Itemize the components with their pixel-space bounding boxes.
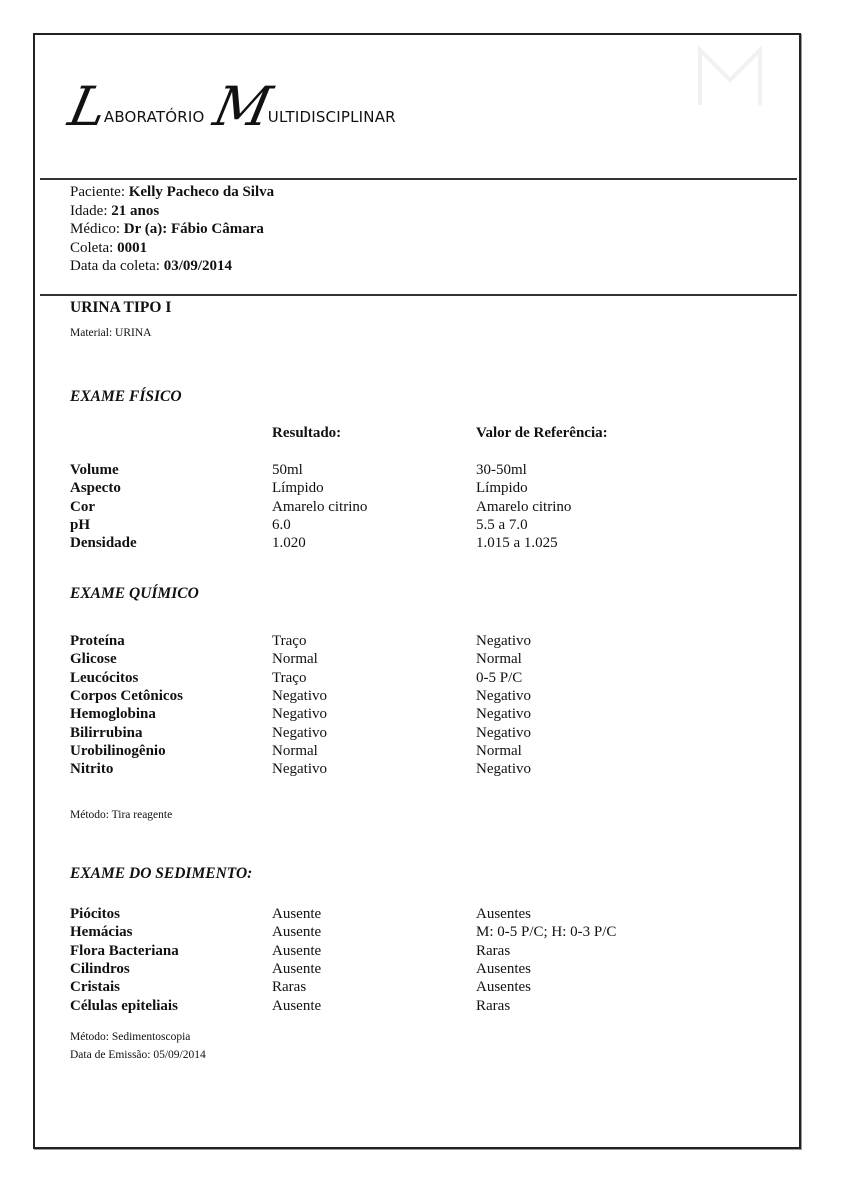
table-row: AspectoLímpidoLímpido <box>70 479 770 497</box>
test-name: Leucócitos <box>70 669 138 687</box>
test-result: Negativo <box>272 724 327 742</box>
reference-value: 0-5 P/C <box>476 669 522 687</box>
test-result: Negativo <box>272 705 327 723</box>
reference-value: M: 0-5 P/C; H: 0-3 P/C <box>476 923 616 941</box>
test-result: Normal <box>272 650 318 668</box>
test-name: Cristais <box>70 978 120 996</box>
test-result: Límpido <box>272 479 324 497</box>
logo-word-multidisciplinar: ULTIDISCIPLINAR <box>268 108 396 126</box>
test-result: Ausente <box>272 942 321 960</box>
test-name: Aspecto <box>70 479 121 497</box>
table-row: LeucócitosTraço0-5 P/C <box>70 669 770 687</box>
patient-age-line: Idade: 21 anos <box>70 202 274 221</box>
doctor-name: Dr (a): Fábio Câmara <box>124 221 264 237</box>
table-row: UrobilinogênioNormalNormal <box>70 742 770 760</box>
table-row: PiócitosAusenteAusentes <box>70 905 770 923</box>
test-result: Amarelo citrino <box>272 498 367 516</box>
reference-value: 1.015 a 1.025 <box>476 534 558 552</box>
table-row: CorAmarelo citrinoAmarelo citrino <box>70 498 770 516</box>
test-name: Células epiteliais <box>70 997 178 1015</box>
logo-word-laboratorio: ABORATÓRIO <box>104 108 205 126</box>
reference-value: Amarelo citrino <box>476 498 571 516</box>
test-name: Densidade <box>70 534 137 552</box>
reference-value: Negativo <box>476 760 531 778</box>
test-result: Raras <box>272 978 306 996</box>
table-row: BilirrubinaNegativoNegativo <box>70 724 770 742</box>
exam-material: Material: URINA <box>70 327 151 339</box>
test-result: Negativo <box>272 687 327 705</box>
test-name: pH <box>70 516 90 534</box>
table-row: Volume50ml30-50ml <box>70 461 770 479</box>
test-name: Bilirrubina <box>70 724 143 742</box>
patient-name-line: Paciente: Kelly Pacheco da Silva <box>70 183 274 202</box>
logo-initial-l: L <box>64 80 109 134</box>
collection-date: 03/09/2014 <box>164 258 232 274</box>
test-name: Glicose <box>70 650 117 668</box>
table-row: HemoglobinaNegativoNegativo <box>70 705 770 723</box>
test-result: 1.020 <box>272 534 306 552</box>
test-name: Piócitos <box>70 905 120 923</box>
test-name: Volume <box>70 461 119 479</box>
reference-value: Raras <box>476 997 510 1015</box>
section-title-sediment: EXAME DO SEDIMENTO: <box>70 865 252 883</box>
column-header-result: Resultado: <box>272 425 341 442</box>
reference-value: Ausentes <box>476 978 531 996</box>
test-name: Proteína <box>70 632 125 650</box>
test-name: Cilindros <box>70 960 130 978</box>
reference-value: Raras <box>476 942 510 960</box>
test-result: 6.0 <box>272 516 291 534</box>
exam-title: URINA TIPO I <box>70 299 171 317</box>
reference-value: Negativo <box>476 632 531 650</box>
test-name: Hemácias <box>70 923 132 941</box>
test-result: Normal <box>272 742 318 760</box>
test-result: Traço <box>272 632 306 650</box>
reference-value: Límpido <box>476 479 528 497</box>
patient-age: 21 anos <box>111 203 159 219</box>
table-row: pH6.05.5 a 7.0 <box>70 516 770 534</box>
test-result: 50ml <box>272 461 303 479</box>
collection-id: 0001 <box>117 240 147 256</box>
test-name: Hemoglobina <box>70 705 156 723</box>
collection-date-line: Data da coleta: 03/09/2014 <box>70 257 274 276</box>
patient-name: Kelly Pacheco da Silva <box>129 184 274 200</box>
section-title-physical: EXAME FÍSICO <box>70 388 182 406</box>
reference-value: Negativo <box>476 724 531 742</box>
test-result: Traço <box>272 669 306 687</box>
test-result: Ausente <box>272 997 321 1015</box>
watermark-icon <box>690 40 790 110</box>
column-header-reference: Valor de Referência: <box>476 425 608 442</box>
section-title-chemical: EXAME QUÍMICO <box>70 585 199 603</box>
table-row: Densidade1.0201.015 a 1.025 <box>70 534 770 552</box>
table-row: Células epiteliaisAusenteRaras <box>70 997 770 1015</box>
reference-value: Normal <box>476 742 522 760</box>
collection-line: Coleta: 0001 <box>70 239 274 258</box>
test-name: Nitrito <box>70 760 113 778</box>
reference-value: 5.5 a 7.0 <box>476 516 528 534</box>
test-name: Cor <box>70 498 95 516</box>
table-row: NitritoNegativoNegativo <box>70 760 770 778</box>
table-row: CristaisRarasAusentes <box>70 978 770 996</box>
issue-date: Data de Emissão: 05/09/2014 <box>70 1046 206 1064</box>
table-row: Flora BacterianaAusenteRaras <box>70 942 770 960</box>
test-name: Corpos Cetônicos <box>70 687 183 705</box>
lab-logo: LABORATÓRIOMULTIDISCIPLINAR <box>70 80 396 140</box>
test-result: Ausente <box>272 960 321 978</box>
patient-info: Paciente: Kelly Pacheco da Silva Idade: … <box>70 183 274 276</box>
logo-initial-m: M <box>209 80 274 134</box>
chemical-method: Método: Tira reagente <box>70 806 172 824</box>
test-name: Flora Bacteriana <box>70 942 179 960</box>
sediment-method: Método: Sedimentoscopia <box>70 1028 190 1046</box>
reference-value: Ausentes <box>476 960 531 978</box>
test-result: Ausente <box>272 923 321 941</box>
test-result: Negativo <box>272 760 327 778</box>
reference-value: Normal <box>476 650 522 668</box>
reference-value: Negativo <box>476 687 531 705</box>
test-name: Urobilinogênio <box>70 742 166 760</box>
patient-divider <box>40 294 797 296</box>
table-row: GlicoseNormalNormal <box>70 650 770 668</box>
table-row: ProteínaTraçoNegativo <box>70 632 770 650</box>
doctor-line: Médico: Dr (a): Fábio Câmara <box>70 220 274 239</box>
reference-value: Ausentes <box>476 905 531 923</box>
table-row: HemáciasAusenteM: 0-5 P/C; H: 0-3 P/C <box>70 923 770 941</box>
header-divider <box>40 178 797 180</box>
reference-value: Negativo <box>476 705 531 723</box>
test-result: Ausente <box>272 905 321 923</box>
table-row: CilindrosAusenteAusentes <box>70 960 770 978</box>
reference-value: 30-50ml <box>476 461 527 479</box>
table-row: Corpos CetônicosNegativoNegativo <box>70 687 770 705</box>
